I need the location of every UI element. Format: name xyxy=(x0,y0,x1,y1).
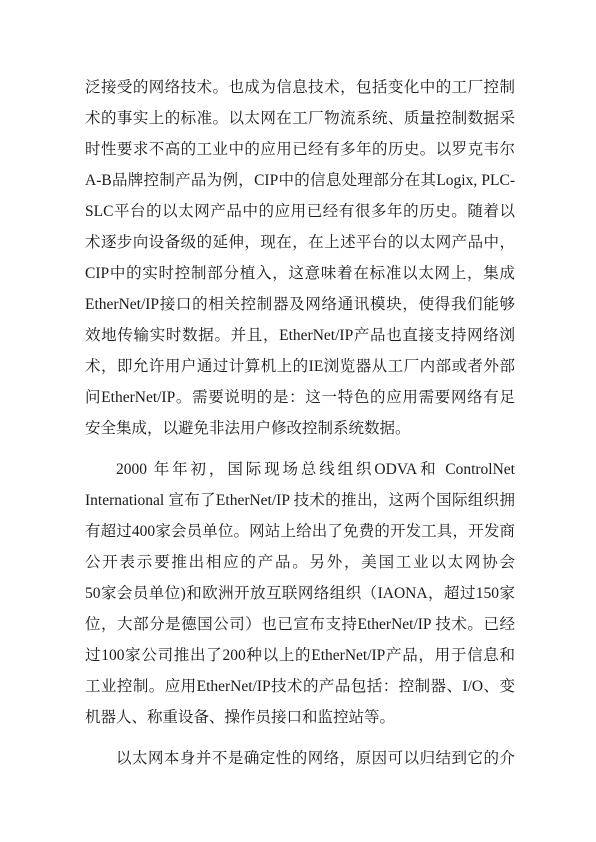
text-line: 公开表示要推出相应的产品。另外，美国工业以太网协会(IEA，超过 xyxy=(85,547,515,578)
paragraph-odva-announcement: 2000 年年初，国际现场总线组织ODVA和 ControlNet Intern… xyxy=(85,454,515,733)
text-line: 以太网本身并不是确定性的网络，原因可以归结到它的介质存取 xyxy=(85,743,515,774)
text-line: 时性要求不高的工业中的应用已经有多年的历史。以罗克韦尔自动化 xyxy=(85,134,515,165)
text-line: 50家会员单位)和欧洲开放互联网络组织（IAONA，超过150家会员单 xyxy=(85,578,515,609)
text-line: 术的事实上的标准。以太网在工厂物流系统、质量控制数据采集等实 xyxy=(85,103,515,134)
text-line: A-B品牌控制产品为例，CIP中的信息处理部分在其Logix, PLC-5 和 xyxy=(85,165,515,196)
text-line: International 宣布了EtherNet/IP 技术的推出，这两个国际… xyxy=(85,485,515,516)
text-line: SLC平台的以太网产品中的应用已经有很多年的历史。随着以太网技 xyxy=(85,196,515,227)
document-text-block: 泛接受的网络技术。也成为信息技术，包括变化中的工厂控制网络技 术的事实上的标准。… xyxy=(85,72,515,774)
paragraph-ethernet-determinism: 以太网本身并不是确定性的网络，原因可以归结到它的介质存取 xyxy=(85,743,515,774)
text-line: 工业控制。应用EtherNet/IP技术的产品包括：控制器、I/O、变频器、 xyxy=(85,671,515,702)
text-line: 机器人、称重设备、操作员接口和监控站等。 xyxy=(85,702,515,733)
text-line: 术，即允许用户通过计算机上的IE浏览器从工厂内部或者外部直接访 xyxy=(85,351,515,382)
text-line: 安全集成，以避免非法用户修改控制系统数据。 xyxy=(85,413,515,444)
paragraph-ethernet-standard: 泛接受的网络技术。也成为信息技术，包括变化中的工厂控制网络技 术的事实上的标准。… xyxy=(85,72,515,444)
text-line: 有超过400家会员单位。网站上给出了免费的开发工具，开发商纷纷 xyxy=(85,516,515,547)
text-line: 2000 年年初，国际现场总线组织ODVA和 ControlNet xyxy=(85,454,515,485)
text-line: 效地传输实时数据。并且，EtherNet/IP产品也直接支持网络浏览技 xyxy=(85,320,515,351)
text-line: CIP中的实时控制部分植入，这意味着在标准以太网上，集成 xyxy=(85,258,515,289)
text-line: 过100家公司推出了200种以上的EtherNet/IP产品，用于信息和实时 xyxy=(85,640,515,671)
text-line: 位，大部分是德国公司）也已宣布支持EtherNet/IP 技术。已经有超 xyxy=(85,609,515,640)
text-line: 术逐步向设备级的延伸，现在，在上述平台的以太网产品中，已经将 xyxy=(85,227,515,258)
text-line: EtherNet/IP接口的相关控制器及网络通讯模块，使得我们能够更有 xyxy=(85,289,515,320)
document-page: 泛接受的网络技术。也成为信息技术，包括变化中的工厂控制网络技 术的事实上的标准。… xyxy=(0,0,596,842)
text-line: 问EtherNet/IP。需要说明的是：这一特色的应用需要网络有足够的 xyxy=(85,382,515,413)
text-line: 泛接受的网络技术。也成为信息技术，包括变化中的工厂控制网络技 xyxy=(85,72,515,103)
